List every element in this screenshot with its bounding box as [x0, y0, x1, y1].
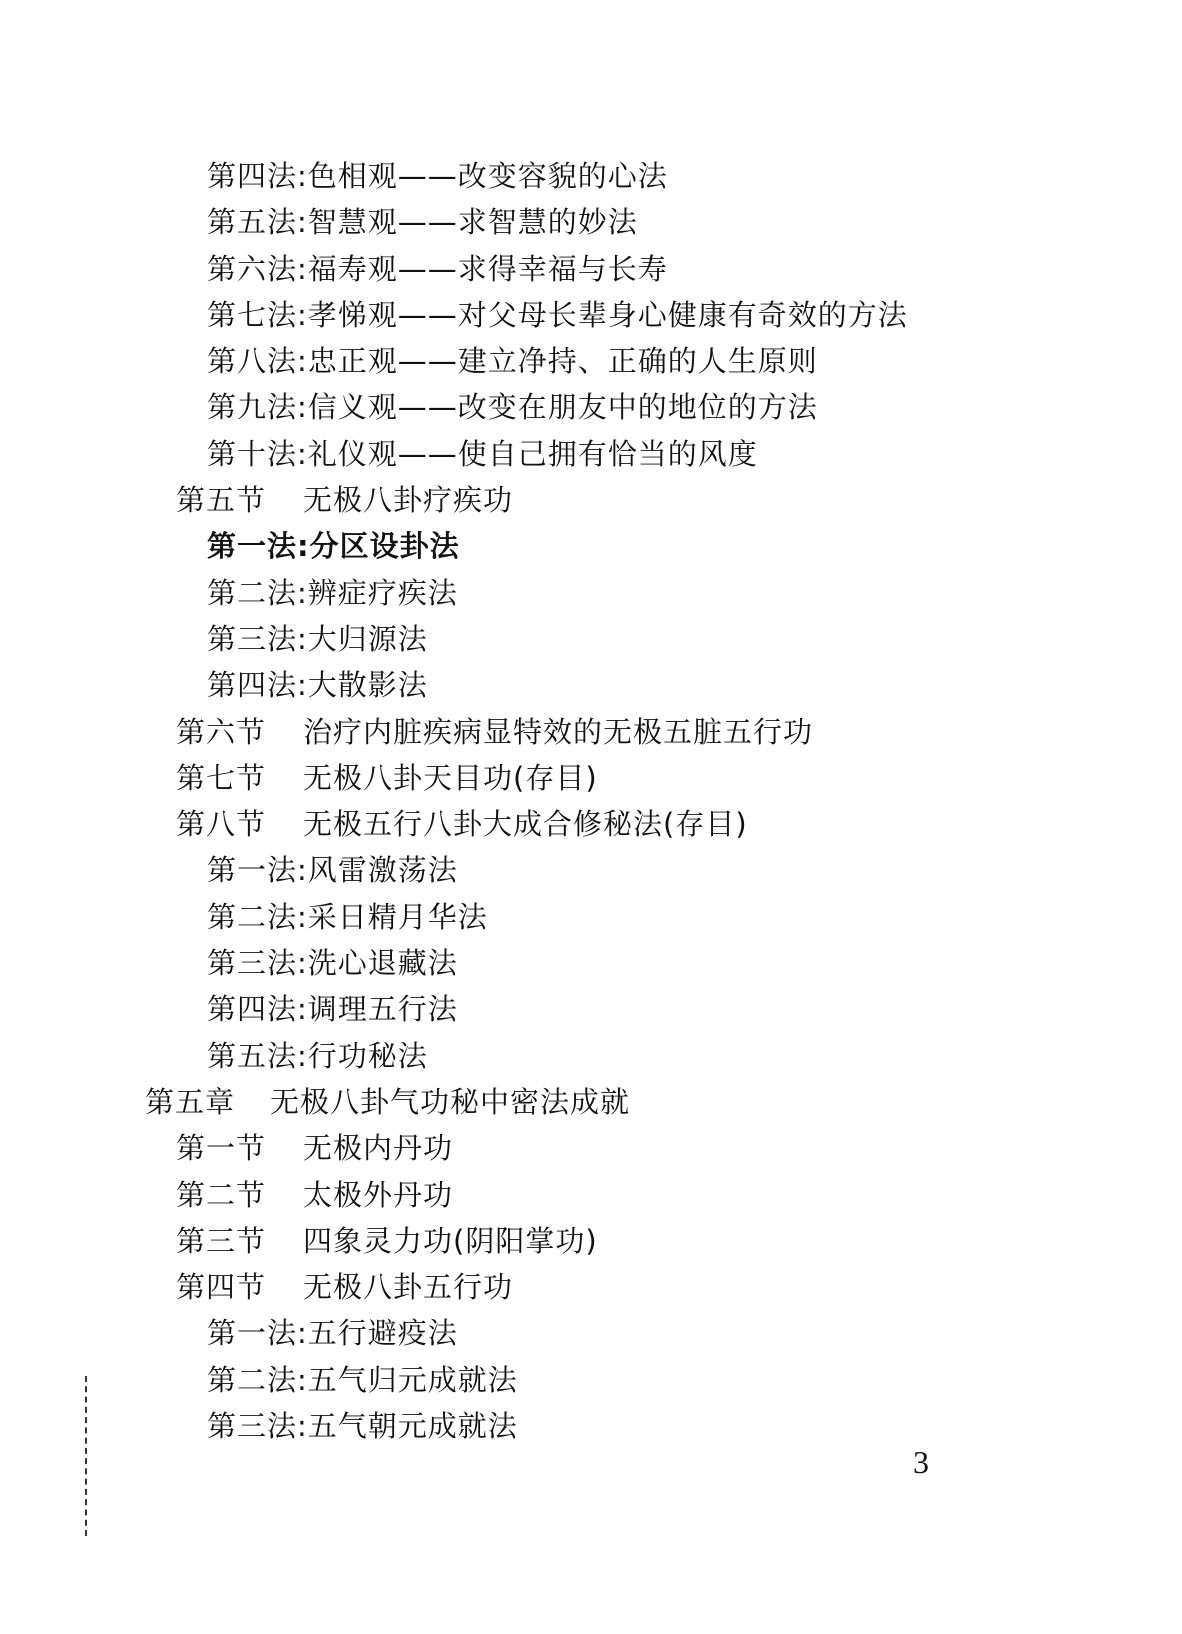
entry-number: 第九法	[207, 384, 297, 430]
entry-number: 第八法	[207, 338, 297, 384]
entry-title: 信义观——改变在朋友中的地位的方法	[308, 390, 818, 424]
page-number: 3	[913, 1444, 929, 1481]
entry-title: 四象灵力功(阴阳掌功)	[303, 1224, 598, 1258]
entry-title: 无极内丹功	[303, 1131, 453, 1165]
entry-separator: :	[297, 662, 308, 708]
entry-number: 第十法	[207, 431, 297, 477]
entry-number: 第四法	[207, 153, 297, 199]
entry-title: 无极八卦天目功(存目)	[303, 761, 598, 795]
toc-entry-method: 第七法:孝悌观——对父母长辈身心健康有奇效的方法	[0, 292, 1182, 338]
entry-number: 第一法	[207, 523, 297, 569]
entry-title: 色相观——改变容貌的心法	[308, 159, 668, 193]
entry-number: 第三节	[176, 1218, 303, 1264]
entry-number: 第二节	[176, 1172, 303, 1218]
toc-entry-section: 第一节无极内丹功	[0, 1125, 1182, 1171]
toc-entry-method: 第四法:大散影法	[0, 662, 1182, 708]
entry-number: 第四节	[176, 1264, 303, 1310]
entry-number: 第五法	[207, 199, 297, 245]
entry-title: 孝悌观——对父母长辈身心健康有奇效的方法	[308, 298, 908, 332]
toc-entry-method: 第二法:采日精月华法	[0, 894, 1182, 940]
entry-title: 分区设卦法	[310, 529, 460, 563]
toc-entry-method: 第二法:辨症疗疾法	[0, 570, 1182, 616]
table-of-contents: 第四法:色相观——改变容貌的心法 第五法:智慧观——求智慧的妙法 第六法:福寿观…	[0, 153, 1182, 1449]
entry-number: 第二法	[207, 894, 297, 940]
entry-title: 太极外丹功	[303, 1178, 453, 1212]
toc-entry-method: 第六法:福寿观——求得幸福与长寿	[0, 246, 1182, 292]
toc-entry-chapter: 第五章无极八卦气功秘中密法成就	[0, 1079, 1182, 1125]
toc-entry-section: 第三节四象灵力功(阴阳掌功)	[0, 1218, 1182, 1264]
entry-title: 福寿观——求得幸福与长寿	[308, 252, 668, 286]
entry-title: 五行避疫法	[308, 1316, 458, 1350]
toc-entry-method: 第二法:五气归元成就法	[0, 1357, 1182, 1403]
toc-entry-method: 第三法:大归源法	[0, 616, 1182, 662]
entry-separator: :	[297, 1033, 308, 1079]
toc-entry-section: 第五节无极八卦疗疾功	[0, 477, 1182, 523]
toc-entry-method: 第四法:调理五行法	[0, 986, 1182, 1032]
entry-separator: :	[297, 1357, 308, 1403]
binding-dashed-line	[85, 1376, 87, 1536]
entry-separator: :	[297, 986, 308, 1032]
entry-title: 洗心退藏法	[308, 946, 458, 980]
toc-entry-method: 第三法:五气朝元成就法	[0, 1403, 1182, 1449]
entry-title: 大归源法	[308, 622, 428, 656]
entry-title: 无极八卦气功秘中密法成就	[270, 1085, 630, 1119]
toc-entry-method: 第一法:五行避疫法	[0, 1310, 1182, 1356]
book-page: 第四法:色相观——改变容貌的心法 第五法:智慧观——求智慧的妙法 第六法:福寿观…	[0, 0, 1182, 1634]
entry-separator: :	[297, 570, 308, 616]
toc-entry-method: 第五法:智慧观——求智慧的妙法	[0, 199, 1182, 245]
toc-entry-method: 第八法:忠正观——建立净持、正确的人生原则	[0, 338, 1182, 384]
entry-number: 第一法	[207, 1310, 297, 1356]
toc-entry-method: 第九法:信义观——改变在朋友中的地位的方法	[0, 384, 1182, 430]
entry-title: 大散影法	[308, 668, 428, 702]
entry-number: 第一法	[207, 847, 297, 893]
entry-number: 第八节	[176, 801, 303, 847]
entry-title: 无极八卦疗疾功	[303, 483, 513, 517]
toc-entry-method: 第一法:分区设卦法	[0, 523, 1182, 569]
entry-number: 第二法	[207, 570, 297, 616]
entry-number: 第六节	[176, 709, 303, 755]
entry-number: 第三法	[207, 616, 297, 662]
entry-title: 治疗内脏疾病显特效的无极五脏五行功	[303, 715, 813, 749]
entry-separator: :	[297, 246, 308, 292]
entry-title: 智慧观——求智慧的妙法	[308, 205, 638, 239]
entry-title: 礼仪观——使自己拥有恰当的风度	[308, 437, 758, 471]
entry-title: 无极五行八卦大成合修秘法(存目)	[303, 807, 748, 841]
entry-separator: :	[297, 1403, 308, 1449]
entry-separator: :	[297, 199, 308, 245]
entry-number: 第七法	[207, 292, 297, 338]
entry-title: 五气朝元成就法	[308, 1409, 518, 1443]
toc-entry-section: 第八节无极五行八卦大成合修秘法(存目)	[0, 801, 1182, 847]
entry-title: 五气归元成就法	[308, 1363, 518, 1397]
toc-entry-section: 第四节无极八卦五行功	[0, 1264, 1182, 1310]
toc-entry-section: 第二节太极外丹功	[0, 1172, 1182, 1218]
entry-title: 风雷激荡法	[308, 853, 458, 887]
entry-separator: :	[297, 616, 308, 662]
entry-separator: :	[297, 153, 308, 199]
toc-entry-method: 第三法:洗心退藏法	[0, 940, 1182, 986]
entry-number: 第三法	[207, 940, 297, 986]
toc-entry-section: 第六节治疗内脏疾病显特效的无极五脏五行功	[0, 709, 1182, 755]
toc-entry-method: 第十法:礼仪观——使自己拥有恰当的风度	[0, 431, 1182, 477]
entry-title: 忠正观——建立净持、正确的人生原则	[308, 344, 818, 378]
entry-separator: :	[297, 292, 308, 338]
entry-number: 第四法	[207, 986, 297, 1032]
toc-entry-method: 第四法:色相观——改变容貌的心法	[0, 153, 1182, 199]
entry-number: 第三法	[207, 1403, 297, 1449]
entry-separator: :	[297, 431, 308, 477]
entry-number: 第五节	[176, 477, 303, 523]
entry-number: 第五章	[145, 1079, 270, 1125]
toc-entry-method: 第一法:风雷激荡法	[0, 847, 1182, 893]
entry-number: 第五法	[207, 1033, 297, 1079]
entry-separator: :	[297, 384, 308, 430]
entry-number: 第一节	[176, 1125, 303, 1171]
entry-number: 第二法	[207, 1357, 297, 1403]
entry-separator: :	[297, 523, 310, 569]
entry-separator: :	[297, 1310, 308, 1356]
entry-separator: :	[297, 894, 308, 940]
entry-number: 第七节	[176, 755, 303, 801]
entry-separator: :	[297, 847, 308, 893]
entry-title: 行功秘法	[308, 1039, 428, 1073]
entry-title: 无极八卦五行功	[303, 1270, 513, 1304]
toc-entry-method: 第五法:行功秘法	[0, 1033, 1182, 1079]
entry-number: 第六法	[207, 246, 297, 292]
entry-title: 采日精月华法	[308, 900, 488, 934]
entry-separator: :	[297, 338, 308, 384]
toc-entry-section: 第七节无极八卦天目功(存目)	[0, 755, 1182, 801]
entry-number: 第四法	[207, 662, 297, 708]
entry-title: 调理五行法	[308, 992, 458, 1026]
entry-separator: :	[297, 940, 308, 986]
entry-title: 辨症疗疾法	[308, 576, 458, 610]
